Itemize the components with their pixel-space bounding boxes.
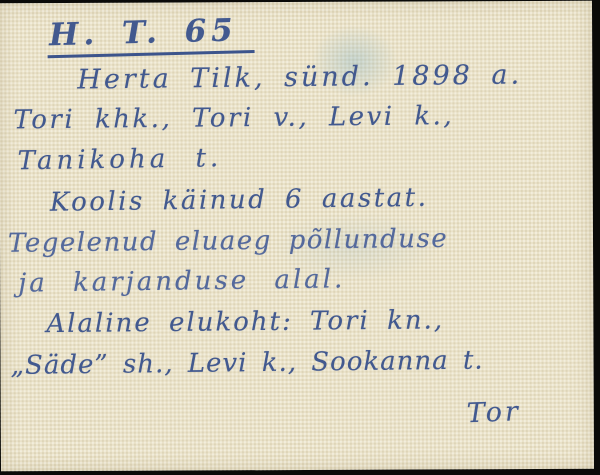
- handwritten-line-schooling: Koolis käinud 6 aastat.: [50, 183, 429, 218]
- handwritten-line-name-birthyear: Herta Tilk, sünd. 1898 a.: [77, 59, 522, 95]
- handwritten-line-birthplace-farm: Tanikoha t.: [17, 143, 222, 176]
- index-card: H. T. 65 Herta Tilk, sünd. 1898 a. Tori …: [0, 1, 594, 472]
- handwritten-line-birthplace-parish: Tori khk., Tori v., Levi k.,: [13, 101, 454, 135]
- card-code-heading: H. T. 65: [47, 12, 255, 58]
- handwritten-line-occupation-1: Tegelenud eluaeg põllunduse: [8, 224, 448, 259]
- handwritten-line-residence-1: Alaline elukoht: Tori kn.,: [46, 305, 444, 339]
- scanned-card-background: H. T. 65 Herta Tilk, sünd. 1898 a. Tori …: [0, 0, 600, 475]
- handwritten-line-occupation-2: ja karjanduse alal.: [18, 264, 345, 298]
- handwritten-line-residence-2: „Säde” sh., Levi k., Sookanna t.: [10, 346, 483, 381]
- collector-signature: Tor: [466, 396, 521, 429]
